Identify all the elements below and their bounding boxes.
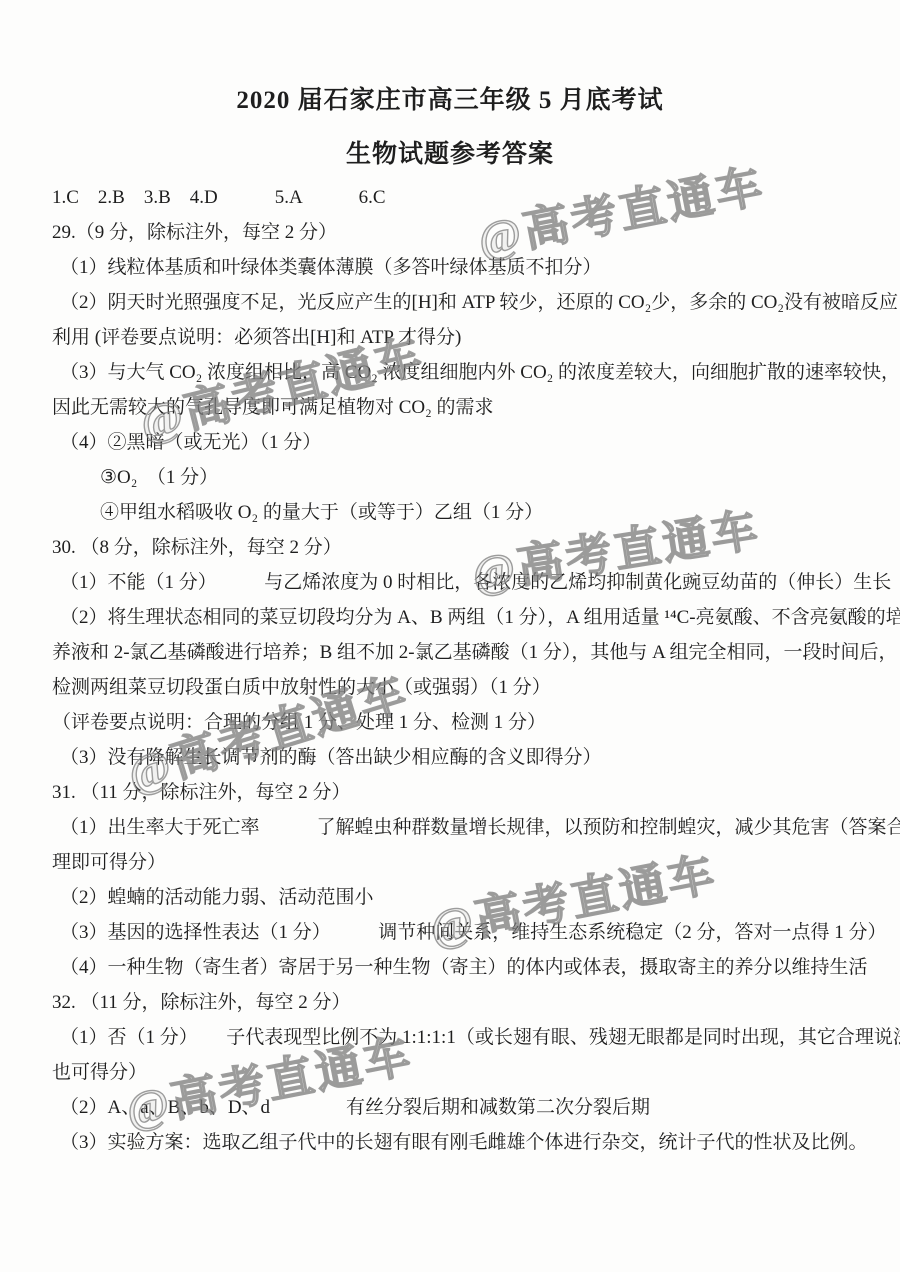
text-line: 1.C 2.B 3.B 4.D 5.A 6.C xyxy=(52,180,858,215)
text-line: （1）出生率大于死亡率 了解蝗虫种群数量增长规律，以预防和控制蝗灾，减少其危害（… xyxy=(52,810,858,845)
text-line: 30. （8 分，除标注外，每空 2 分） xyxy=(52,530,858,565)
text-line: 利用 (评卷要点说明：必须答出[H]和 ATP 才得分) xyxy=(52,320,858,355)
text-line: ④甲组水稻吸收 O₂ 的量大于（或等于）乙组（1 分） xyxy=(52,495,858,530)
text-line: （4）②黑暗（或无光）（1 分） xyxy=(52,425,858,460)
document-body: 1.C 2.B 3.B 4.D 5.A 6.C29.（9 分，除标注外，每空 2… xyxy=(0,180,900,1160)
text-line: （1）否（1 分） 子代表现型比例不为 1:1:1:1（或长翅有眼、残翅无眼都是… xyxy=(52,1020,858,1055)
text-line: （3）没有降解生长调节剂的酶（答出缺少相应酶的含义即得分） xyxy=(52,740,858,775)
text-line: 因此无需较大的气孔导度即可满足植物对 CO₂ 的需求 xyxy=(52,390,858,425)
text-line: 31. （11 分，除标注外，每空 2 分） xyxy=(52,775,858,810)
text-line: （2）蝗蝻的活动能力弱、活动范围小 xyxy=(52,880,858,915)
page-title: 2020 届石家庄市高三年级 5 月底考试 xyxy=(0,0,900,116)
text-line: （2）将生理状态相同的菜豆切段均分为 A、B 两组（1 分），A 组用适量 ¹⁴… xyxy=(52,600,858,635)
text-line: （2）A、a、B、b、D、d 有丝分裂后期和减数第二次分裂后期 xyxy=(52,1090,858,1125)
text-line: 检测两组菜豆切段蛋白质中放射性的大小（或强弱）（1 分） xyxy=(52,670,858,705)
text-line: （2）阴天时光照强度不足，光反应产生的[H]和 ATP 较少，还原的 CO₂少，… xyxy=(52,285,858,320)
text-line: （1）不能（1 分） 与乙烯浓度为 0 时相比，各浓度的乙烯均抑制黄化豌豆幼苗的… xyxy=(52,565,858,600)
text-line: （3）基因的选择性表达（1 分） 调节种间关系，维持生态系统稳定（2 分，答对一… xyxy=(52,915,858,950)
text-line: （3）与大气 CO₂ 浓度组相比，高 CO₂ 浓度组细胞内外 CO₂ 的浓度差较… xyxy=(52,355,858,390)
text-line: 32. （11 分，除标注外，每空 2 分） xyxy=(52,985,858,1020)
scanned-answer-sheet: 2020 届石家庄市高三年级 5 月底考试 生物试题参考答案 1.C 2.B 3… xyxy=(0,0,900,1272)
text-line: 29.（9 分，除标注外，每空 2 分） xyxy=(52,215,858,250)
text-line: 也可得分） xyxy=(52,1055,858,1090)
text-line: 理即可得分） xyxy=(52,845,858,880)
text-line: （1）线粒体基质和叶绿体类囊体薄膜（多答叶绿体基质不扣分） xyxy=(52,250,858,285)
text-line: （4）一种生物（寄生者）寄居于另一种生物（寄主）的体内或体表，摄取寄主的养分以维… xyxy=(52,950,858,985)
text-line: ③O₂ （1 分） xyxy=(52,460,858,495)
text-line: 养液和 2-氯乙基磷酸进行培养；B 组不加 2-氯乙基磷酸（1 分），其他与 A… xyxy=(52,635,858,670)
text-line: （3）实验方案：选取乙组子代中的长翅有眼有刚毛雌雄个体进行杂交，统计子代的性状及… xyxy=(52,1125,858,1160)
page-subtitle: 生物试题参考答案 xyxy=(0,116,900,170)
text-line: （评卷要点说明：合理的分组 1 分、处理 1 分、检测 1 分） xyxy=(52,705,858,740)
